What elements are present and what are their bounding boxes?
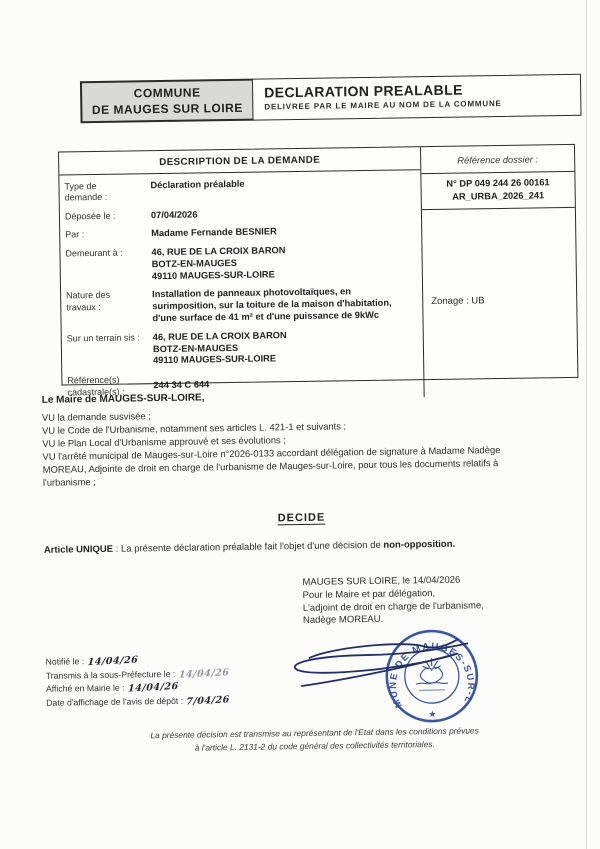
notification-line: Affiché en Mairie le :14/04/26 xyxy=(46,682,230,697)
notification-label: Notifié le : xyxy=(45,656,84,667)
row-label: Demeurant à : xyxy=(65,247,152,284)
table-row: Nature des travaux : Installation de pan… xyxy=(66,286,414,327)
stamp-circular-text: COMMUNE DE MAUGES-SUR-LOIRE xyxy=(271,609,477,712)
table-row: Type de demande : Déclaration préalable xyxy=(64,176,412,204)
row-value: 244 34 C 644 xyxy=(153,376,415,392)
stamp-star-icon: ★ xyxy=(428,709,436,719)
reference-dossier-label: Référence dossier : xyxy=(421,145,574,174)
document-title: DECLARATION PREALABLE xyxy=(264,80,580,101)
table-row: Déposée le : 07/04/2026 xyxy=(65,206,413,223)
decide-heading-wrap: DECIDE xyxy=(1,508,600,529)
row-label: Type de demande : xyxy=(64,180,150,204)
notification-line: Transmis à la sous-Préfecture le :14/04/… xyxy=(46,668,230,683)
document-content: COMMUNE DE MAUGES SUR LOIRE DECLARATION … xyxy=(0,0,600,849)
article-text: : La présente déclaration préalable fait… xyxy=(113,540,383,555)
handwritten-date: 14/04/26 xyxy=(127,681,178,696)
row-value: Installation de panneaux photovoltaïques… xyxy=(152,286,414,325)
zoning-value: Zonage : UB xyxy=(423,286,576,315)
scanned-document-page: COMMUNE DE MAUGES SUR LOIRE DECLARATION … xyxy=(0,0,600,849)
handwritten-date: 7/04/26 xyxy=(186,694,230,709)
row-value: Déclaration préalable xyxy=(150,176,412,202)
table-row: Par : Madame Fernande BESNIER xyxy=(65,225,413,242)
commune-name-line2: DE MAUGES SUR LOIRE xyxy=(92,100,243,118)
table-row: Sur un terrain sis : 46, RUE DE LA CROIX… xyxy=(67,328,415,369)
notification-line: Date d'affichage de l'avis de dépôt :7/0… xyxy=(46,695,230,710)
row-label: Par : xyxy=(65,228,151,241)
request-rows: Type de demande : Déclaration préalable … xyxy=(59,170,423,402)
row-value: Madame Fernande BESNIER xyxy=(151,225,413,241)
row-value: 46, RUE DE LA CROIX BARON BOTZ-EN-MAUGES… xyxy=(151,243,413,282)
handwritten-date: 14/04/26 xyxy=(178,667,229,682)
notification-dates-block: Notifié le :14/04/26 Transmis à la sous-… xyxy=(45,654,229,712)
transmission-footer-note: La présente décision est transmise au re… xyxy=(45,723,585,756)
document-title-box: DECLARATION PREALABLE DELIVREE PAR LE MA… xyxy=(252,74,582,121)
document-subtitle: DELIVREE PAR LE MAIRE AU NOM DE LA COMMU… xyxy=(264,98,580,112)
commune-header-box: COMMUNE DE MAUGES SUR LOIRE xyxy=(80,79,255,124)
row-value: 07/04/2026 xyxy=(151,206,413,222)
table-row: Demeurant à : 46, RUE DE LA CROIX BARON … xyxy=(65,243,413,284)
request-details-section: DESCRIPTION DE LA DEMANDE Type de demand… xyxy=(59,147,425,402)
svg-text:COMMUNE DE MAUGES-SUR-LOIRE: COMMUNE DE MAUGES-SUR-LOIRE xyxy=(271,609,477,712)
commune-name-line1: COMMUNE xyxy=(134,84,201,101)
request-description-table: DESCRIPTION DE LA DEMANDE Type de demand… xyxy=(58,144,578,386)
handwritten-date: 14/04/26 xyxy=(87,655,138,670)
notification-label: Transmis à la sous-Préfecture le : xyxy=(46,669,176,681)
signature-place-date: MAUGES SUR LOIRE, le 14/04/2026 xyxy=(302,574,483,589)
row-label: Déposée le : xyxy=(65,210,151,223)
notification-label: Affiché en Mairie le : xyxy=(46,683,125,694)
article-unique-line: Article UNIQUE : La présente déclaration… xyxy=(44,537,564,556)
handwritten-signature-icon xyxy=(294,640,468,687)
row-value: 46, RUE DE LA CROIX BARON BOTZ-EN-MAUGES… xyxy=(153,328,415,367)
notification-label: Date d'affichage de l'avis de dépôt : xyxy=(46,696,183,708)
decide-heading: DECIDE xyxy=(278,512,326,525)
row-label: Nature des travaux : xyxy=(66,290,153,327)
article-label: Article UNIQUE xyxy=(44,544,113,556)
reference-dossier-numbers: N° DP 049 244 26 00161 AR_URBA_2026_241 xyxy=(421,172,575,210)
mayor-heading: Le Maire de MAUGES-SUR-LOIRE, xyxy=(42,392,205,405)
article-decision: non-opposition. xyxy=(383,539,455,551)
reference-section: Référence dossier : N° DP 049 244 26 001… xyxy=(421,145,578,397)
row-label: Sur un terrain sis : xyxy=(67,332,154,369)
considerants-block: VU la demande susvisée ; VU le Code de l… xyxy=(42,404,555,489)
considerant-line: VU l'arrêté municipal de Mauges-sur-Loir… xyxy=(42,443,555,489)
